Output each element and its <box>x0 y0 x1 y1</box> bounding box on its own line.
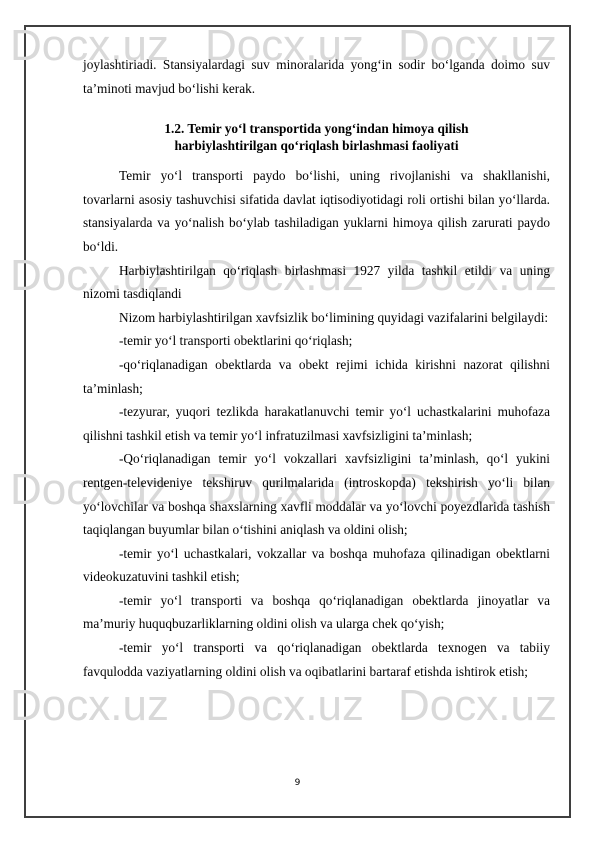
list-item: -qo‘riqlanadigan obektlarda va obekt rej… <box>83 353 550 400</box>
heading-line-1: 1.2. Temir yo‘l transportida yong‘indan … <box>164 121 468 136</box>
list-item: -temir yo‘l transporti obektlarini qo‘ri… <box>83 329 550 353</box>
document-body: joylashtiriadi. Stansiyalardagi suv mino… <box>83 53 550 683</box>
page-number: 9 <box>0 778 595 788</box>
list-item: -tezyurar, yuqori tezlikda harakatlanuvc… <box>83 400 550 447</box>
paragraph: Temir yo‘l transporti paydo bo‘lishi, un… <box>83 164 550 258</box>
paragraph: Harbiylashtirilgan qo‘riqlash birlashmas… <box>83 259 550 306</box>
list-item: -Qo‘riqlanadigan temir yo‘l vokzallari x… <box>83 447 550 541</box>
continuation-paragraph: joylashtiriadi. Stansiyalardagi suv mino… <box>83 53 550 100</box>
list-item: -temir yo‘l transporti va qo‘riqlanadiga… <box>83 636 550 683</box>
list-item: -temir yo‘l transporti va boshqa qo‘riql… <box>83 589 550 636</box>
heading-line-2: harbiylashtirilgan qo‘riqlash birlashmas… <box>174 138 458 153</box>
list-item: -temir yo‘l uchastkalari, vokzallar va b… <box>83 542 550 589</box>
section-heading: 1.2. Temir yo‘l transportida yong‘indan … <box>83 120 550 154</box>
paragraph: Nizom harbiylashtirilgan xavfsizlik bo‘l… <box>83 306 550 330</box>
